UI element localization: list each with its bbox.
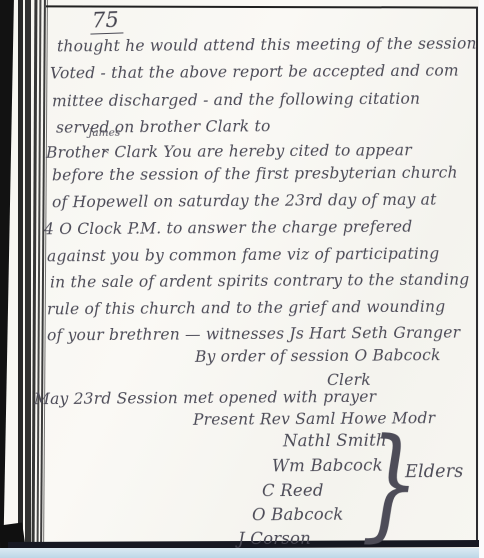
salutation-prefix: Brother bbox=[46, 143, 108, 161]
inserted-word: James bbox=[88, 127, 120, 139]
signature-title: Clerk bbox=[327, 371, 371, 389]
salutation-suffix: Clark You are hereby cited to appear bbox=[114, 141, 412, 161]
manuscript-line: before the session of the first presbyte… bbox=[52, 164, 458, 185]
manuscript-line-with-insertion: BrotherJames^Clark You are hereby cited … bbox=[46, 140, 412, 162]
manuscript-line: against you by common fame viz of partic… bbox=[47, 245, 439, 266]
page-edge-stripe bbox=[18, 0, 23, 549]
group-role-label: Elders bbox=[405, 462, 464, 482]
session-opening-line: May 23rd Session met opened with prayer bbox=[34, 388, 376, 408]
page-edge-stripe bbox=[25, 0, 31, 549]
scanned-manuscript-page: 75 thought he would attend this meeting … bbox=[0, 0, 484, 558]
attendee-name: O Babcock bbox=[252, 505, 344, 525]
attendee-name: C Reed bbox=[262, 481, 324, 500]
signature-line: By order of session O Babcock bbox=[195, 346, 441, 366]
manuscript-line: of your brethren — witnesses Js Hart Set… bbox=[47, 324, 460, 345]
grouping-brace: } bbox=[361, 421, 421, 544]
insertion-anchor: James^ bbox=[108, 142, 114, 158]
manuscript-line: Voted - that the above report be accepte… bbox=[50, 62, 459, 83]
manuscript-line: rule of this church and to the grief and… bbox=[47, 298, 445, 319]
page-number: 75 bbox=[90, 7, 124, 34]
manuscript-line: in the sale of ardent spirits contrary t… bbox=[50, 271, 470, 292]
caret-mark: ^ bbox=[101, 150, 110, 161]
scan-right-margin bbox=[479, 0, 484, 558]
manuscript-line: 4 O Clock P.M. to answer the charge pref… bbox=[44, 218, 412, 239]
manuscript-line: of Hopewell on saturday the 23rd day of … bbox=[52, 191, 437, 212]
attendee-name: J Corson bbox=[238, 529, 311, 549]
page-right-edge-line bbox=[476, 7, 478, 543]
manuscript-line: thought he would attend this meeting of … bbox=[57, 35, 477, 56]
manuscript-line: mittee discharged - and the following ci… bbox=[52, 90, 420, 111]
